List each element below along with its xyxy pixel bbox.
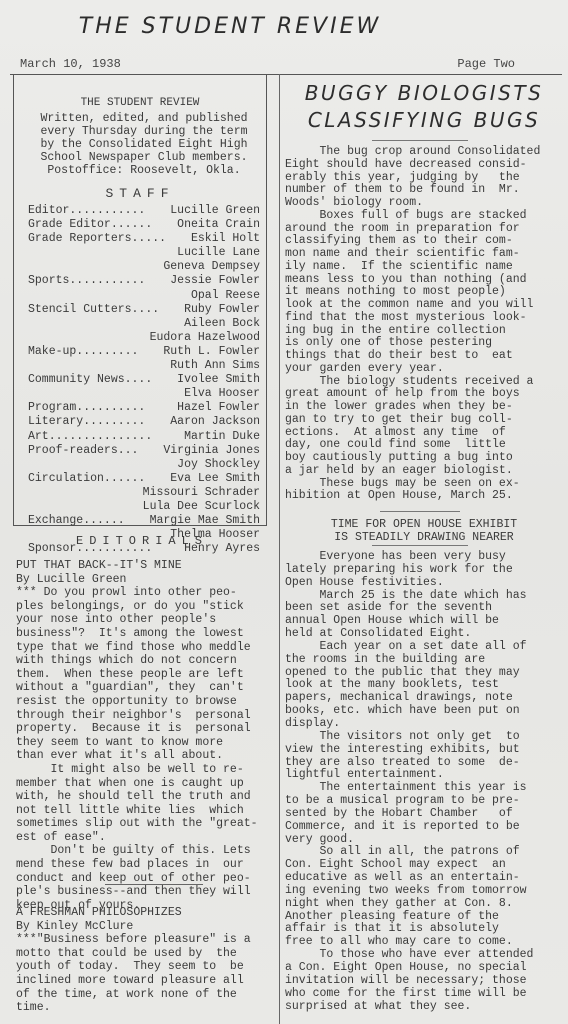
staff-row: Grade Editor......Oneita Crain — [28, 218, 260, 232]
staff-row: Exchange......Margie Mae Smith — [28, 514, 260, 528]
text-line: view the interesting exhibits, but — [285, 744, 567, 757]
editorial-byline: By Lucille Green — [16, 573, 278, 587]
staff-name: Martin Duke — [184, 430, 260, 444]
staff-row: Lula Dee Scurlock — [28, 500, 260, 514]
staff-name: Eskil Holt — [191, 232, 260, 246]
text-line: night when they gather at Con. 8. — [285, 898, 567, 911]
bug-article-headline: BUGGY BIOLOGISTS CLASSIFYING BUGS — [283, 80, 565, 134]
text-line: the rooms in the building are — [285, 654, 567, 667]
text-line: ily name. If the scientific name — [285, 261, 567, 274]
article-separator-rule — [380, 511, 460, 512]
text-line: without a "guardian", they can't — [16, 681, 278, 695]
text-line: The visitors not only get to — [285, 731, 567, 744]
text-line: It might also be well to re- — [16, 763, 278, 777]
text-line: hibition at Open House, March 25. — [285, 490, 567, 503]
staff-row: Ruth Ann Sims — [28, 359, 260, 373]
editorial-body: ***"Business before pleasure" is amotto … — [16, 933, 278, 1015]
text-line: *** Do you prowl into other peo- — [16, 586, 278, 600]
staff-name: Eva Lee Smith — [170, 472, 260, 486]
staff-row: Program..........Hazel Fowler — [28, 401, 260, 415]
staff-name: Lucille Lane — [177, 246, 260, 260]
subhead-rule — [372, 545, 468, 546]
staff-box: THE STUDENT REVIEW Written, edited, and … — [13, 74, 267, 526]
text-line: type that we find those who meddle — [16, 641, 278, 655]
text-line: ***"Business before pleasure" is a — [16, 933, 278, 947]
masthead-title: THE STUDENT REVIEW — [0, 14, 460, 39]
staff-role: Sports........... — [28, 274, 145, 288]
staff-row: Elva Hooser — [28, 387, 260, 401]
staff-name: Ivolee Smith — [177, 373, 260, 387]
text-line: The bug crop around Consolidated — [285, 146, 567, 159]
text-line: they seem to want to know more — [16, 736, 278, 750]
staff-row: Editor...........Lucille Green — [28, 204, 260, 218]
editorial-article-2: A FRESHMAN PHILOSOPHIZES By Kinley McClu… — [16, 906, 278, 1015]
text-line: held at Consolidated Eight. — [285, 628, 567, 641]
staff-row: Stencil Cutters....Ruby Fowler — [28, 303, 260, 317]
text-line: invitation will be necessary; those — [285, 975, 567, 988]
page-number: Page Two — [457, 57, 515, 71]
text-line: ple's business--and then they will — [16, 885, 278, 899]
text-line: through their neighbor's personal — [16, 709, 278, 723]
staff-name: Eudora Hazelwood — [150, 331, 260, 345]
text-line: business"? It's among the lowest — [16, 627, 278, 641]
text-line: ples belongings, or do you "stick — [16, 600, 278, 614]
text-line: resist the opportunity to browse — [16, 695, 278, 709]
staff-name: Lucille Green — [170, 204, 260, 218]
staff-role: Make-up......... — [28, 345, 138, 359]
column-divider — [279, 74, 280, 1024]
text-line: mend these few bad places in our — [16, 858, 278, 872]
editorial-body: *** Do you prowl into other peo-ples bel… — [16, 586, 278, 912]
headline-line-2: CLASSIFYING BUGS — [283, 107, 565, 134]
text-line: Woods' biology room. — [285, 197, 567, 210]
staff-row: Aileen Bock — [28, 317, 260, 331]
text-line: Commerce, and it is reported to be — [285, 821, 567, 834]
editorial-byline: By Kinley McClure — [16, 920, 278, 934]
editorial-title: A FRESHMAN PHILOSOPHIZES — [16, 906, 278, 920]
text-line: in the lower grades when they be- — [285, 401, 567, 414]
text-line: lately preparing his work for the — [285, 564, 567, 577]
staff-row: Eudora Hazelwood — [28, 331, 260, 345]
staff-heading: STAFF — [14, 186, 266, 201]
staff-role: Stencil Cutters.... — [28, 303, 159, 317]
text-line: your nose into other people's — [16, 613, 278, 627]
staff-role: Grade Editor...... — [28, 218, 152, 232]
text-line: to be a musical program to be pre- — [285, 795, 567, 808]
staff-box-title: THE STUDENT REVIEW — [14, 97, 266, 109]
staff-name: Aileen Bock — [184, 317, 260, 331]
staff-row: Make-up.........Ruth L. Fowler — [28, 345, 260, 359]
text-line: sometimes slip out with the "great- — [16, 817, 278, 831]
staff-role: Grade Reporters..... — [28, 232, 166, 246]
text-line: Don't be guilty of this. Lets — [16, 844, 278, 858]
staff-role: Editor........... — [28, 204, 145, 218]
text-line: motto that could be used by the — [16, 947, 278, 961]
text-line: property. Because it is personal — [16, 722, 278, 736]
text-line: est of ease". — [16, 831, 278, 845]
staff-row: Geneva Dempsey — [28, 260, 260, 274]
staff-role: Program.......... — [28, 401, 145, 415]
staff-row: Joy Shockley — [28, 458, 260, 472]
staff-row: Community News....Ivolee Smith — [28, 373, 260, 387]
text-line: than ever what it's all about. — [16, 749, 278, 763]
open-house-article-body: Everyone has been very busylately prepar… — [285, 551, 567, 1013]
text-line: Eight should have decreased consid- — [285, 159, 567, 172]
text-line: a jar held by an eager biologist. — [285, 465, 567, 478]
text-line: inclined more toward pleasure all — [16, 974, 278, 988]
text-line: with, he should tell the truth and — [16, 790, 278, 804]
staff-name: Opal Reese — [191, 289, 260, 303]
staff-name: Missouri Schrader — [143, 486, 260, 500]
staff-role: Circulation...... — [28, 472, 145, 486]
text-line: surprised at what they see. — [285, 1001, 567, 1014]
text-line: a Con. Eight Open House, no special — [285, 962, 567, 975]
text-line: Each year on a set date all of — [285, 641, 567, 654]
staff-name: Virginia Jones — [163, 444, 260, 458]
staff-row: Circulation......Eva Lee Smith — [28, 472, 260, 486]
staff-name: Hazel Fowler — [177, 401, 260, 415]
headline-line-1: BUGGY BIOLOGISTS — [283, 80, 565, 107]
staff-name: Margie Mae Smith — [150, 514, 260, 528]
text-line: time. — [16, 1001, 278, 1015]
staff-box-blurb: Written, edited, and published every Thu… — [28, 112, 260, 177]
text-line: find that the most mysterious look- — [285, 312, 567, 325]
text-line: them. When these people are left — [16, 668, 278, 682]
staff-row: Opal Reese — [28, 289, 260, 303]
staff-row: Art...............Martin Duke — [28, 430, 260, 444]
text-line: Open House festivities. — [285, 577, 567, 590]
headline-rule — [372, 140, 468, 141]
staff-row: Proof-readers...Virginia Jones — [28, 444, 260, 458]
staff-name: Geneva Dempsey — [163, 260, 260, 274]
open-house-headline: TIME FOR OPEN HOUSE EXHIBIT IS STEADILY … — [283, 518, 565, 544]
staff-name: Ruth L. Fowler — [163, 345, 260, 359]
editorial-article-1: PUT THAT BACK--IT'S MINE By Lucille Gree… — [16, 559, 278, 912]
staff-name: Aaron Jackson — [170, 415, 260, 429]
editorial-separator-rule — [105, 884, 203, 885]
staff-row: Missouri Schrader — [28, 486, 260, 500]
bug-article-body: The bug crop around ConsolidatedEight sh… — [285, 146, 567, 503]
text-line: boy cautiously putting a bug into — [285, 452, 567, 465]
text-line: gan to try to get their bug coll- — [285, 414, 567, 427]
staff-name: Ruby Fowler — [184, 303, 260, 317]
newspaper-page: THE STUDENT REVIEW March 10, 1938 Page T… — [0, 0, 568, 1024]
text-line: who come for the first time will be — [285, 988, 567, 1001]
text-line: your garden every year. — [285, 363, 567, 376]
staff-role: Art............... — [28, 430, 152, 444]
staff-role: Literary......... — [28, 415, 145, 429]
text-line: sented by the Hobart Chamber of — [285, 808, 567, 821]
staff-name: Oneita Crain — [177, 218, 260, 232]
staff-name: Ruth Ann Sims — [170, 359, 260, 373]
staff-row: Literary.........Aaron Jackson — [28, 415, 260, 429]
text-line: member that when one is caught up — [16, 777, 278, 791]
staff-list: Editor...........Lucille GreenGrade Edit… — [28, 204, 260, 556]
editorial-title: PUT THAT BACK--IT'S MINE — [16, 559, 278, 573]
editorials-heading: EDITORIALS — [76, 534, 208, 548]
text-line: youth of today. They seem to be — [16, 960, 278, 974]
text-line: look at the common name and you will — [285, 299, 567, 312]
staff-row: Sports...........Jessie Fowler — [28, 274, 260, 288]
staff-role: Exchange...... — [28, 514, 125, 528]
staff-role: Proof-readers... — [28, 444, 138, 458]
staff-name: Joy Shockley — [177, 458, 260, 472]
text-line: educative as well as an entertain- — [285, 872, 567, 885]
staff-row: Lucille Lane — [28, 246, 260, 260]
text-line: mon name and their scientific fam- — [285, 248, 567, 261]
issue-date: March 10, 1938 — [20, 57, 121, 71]
staff-role: Community News.... — [28, 373, 152, 387]
text-line: of the time, at work none of the — [16, 988, 278, 1002]
staff-name: Lula Dee Scurlock — [143, 500, 260, 514]
text-line: things that do their best to eat — [285, 350, 567, 363]
text-line: not tell little white lies which — [16, 804, 278, 818]
staff-row: Grade Reporters.....Eskil Holt — [28, 232, 260, 246]
text-line: Everyone has been very busy — [285, 551, 567, 564]
text-line: Boxes full of bugs are stacked — [285, 210, 567, 223]
staff-name: Elva Hooser — [184, 387, 260, 401]
text-line: display. — [285, 718, 567, 731]
text-line: ing evening two weeks from tomorrow — [285, 885, 567, 898]
staff-name: Jessie Fowler — [170, 274, 260, 288]
text-line: with things which do not concern — [16, 654, 278, 668]
